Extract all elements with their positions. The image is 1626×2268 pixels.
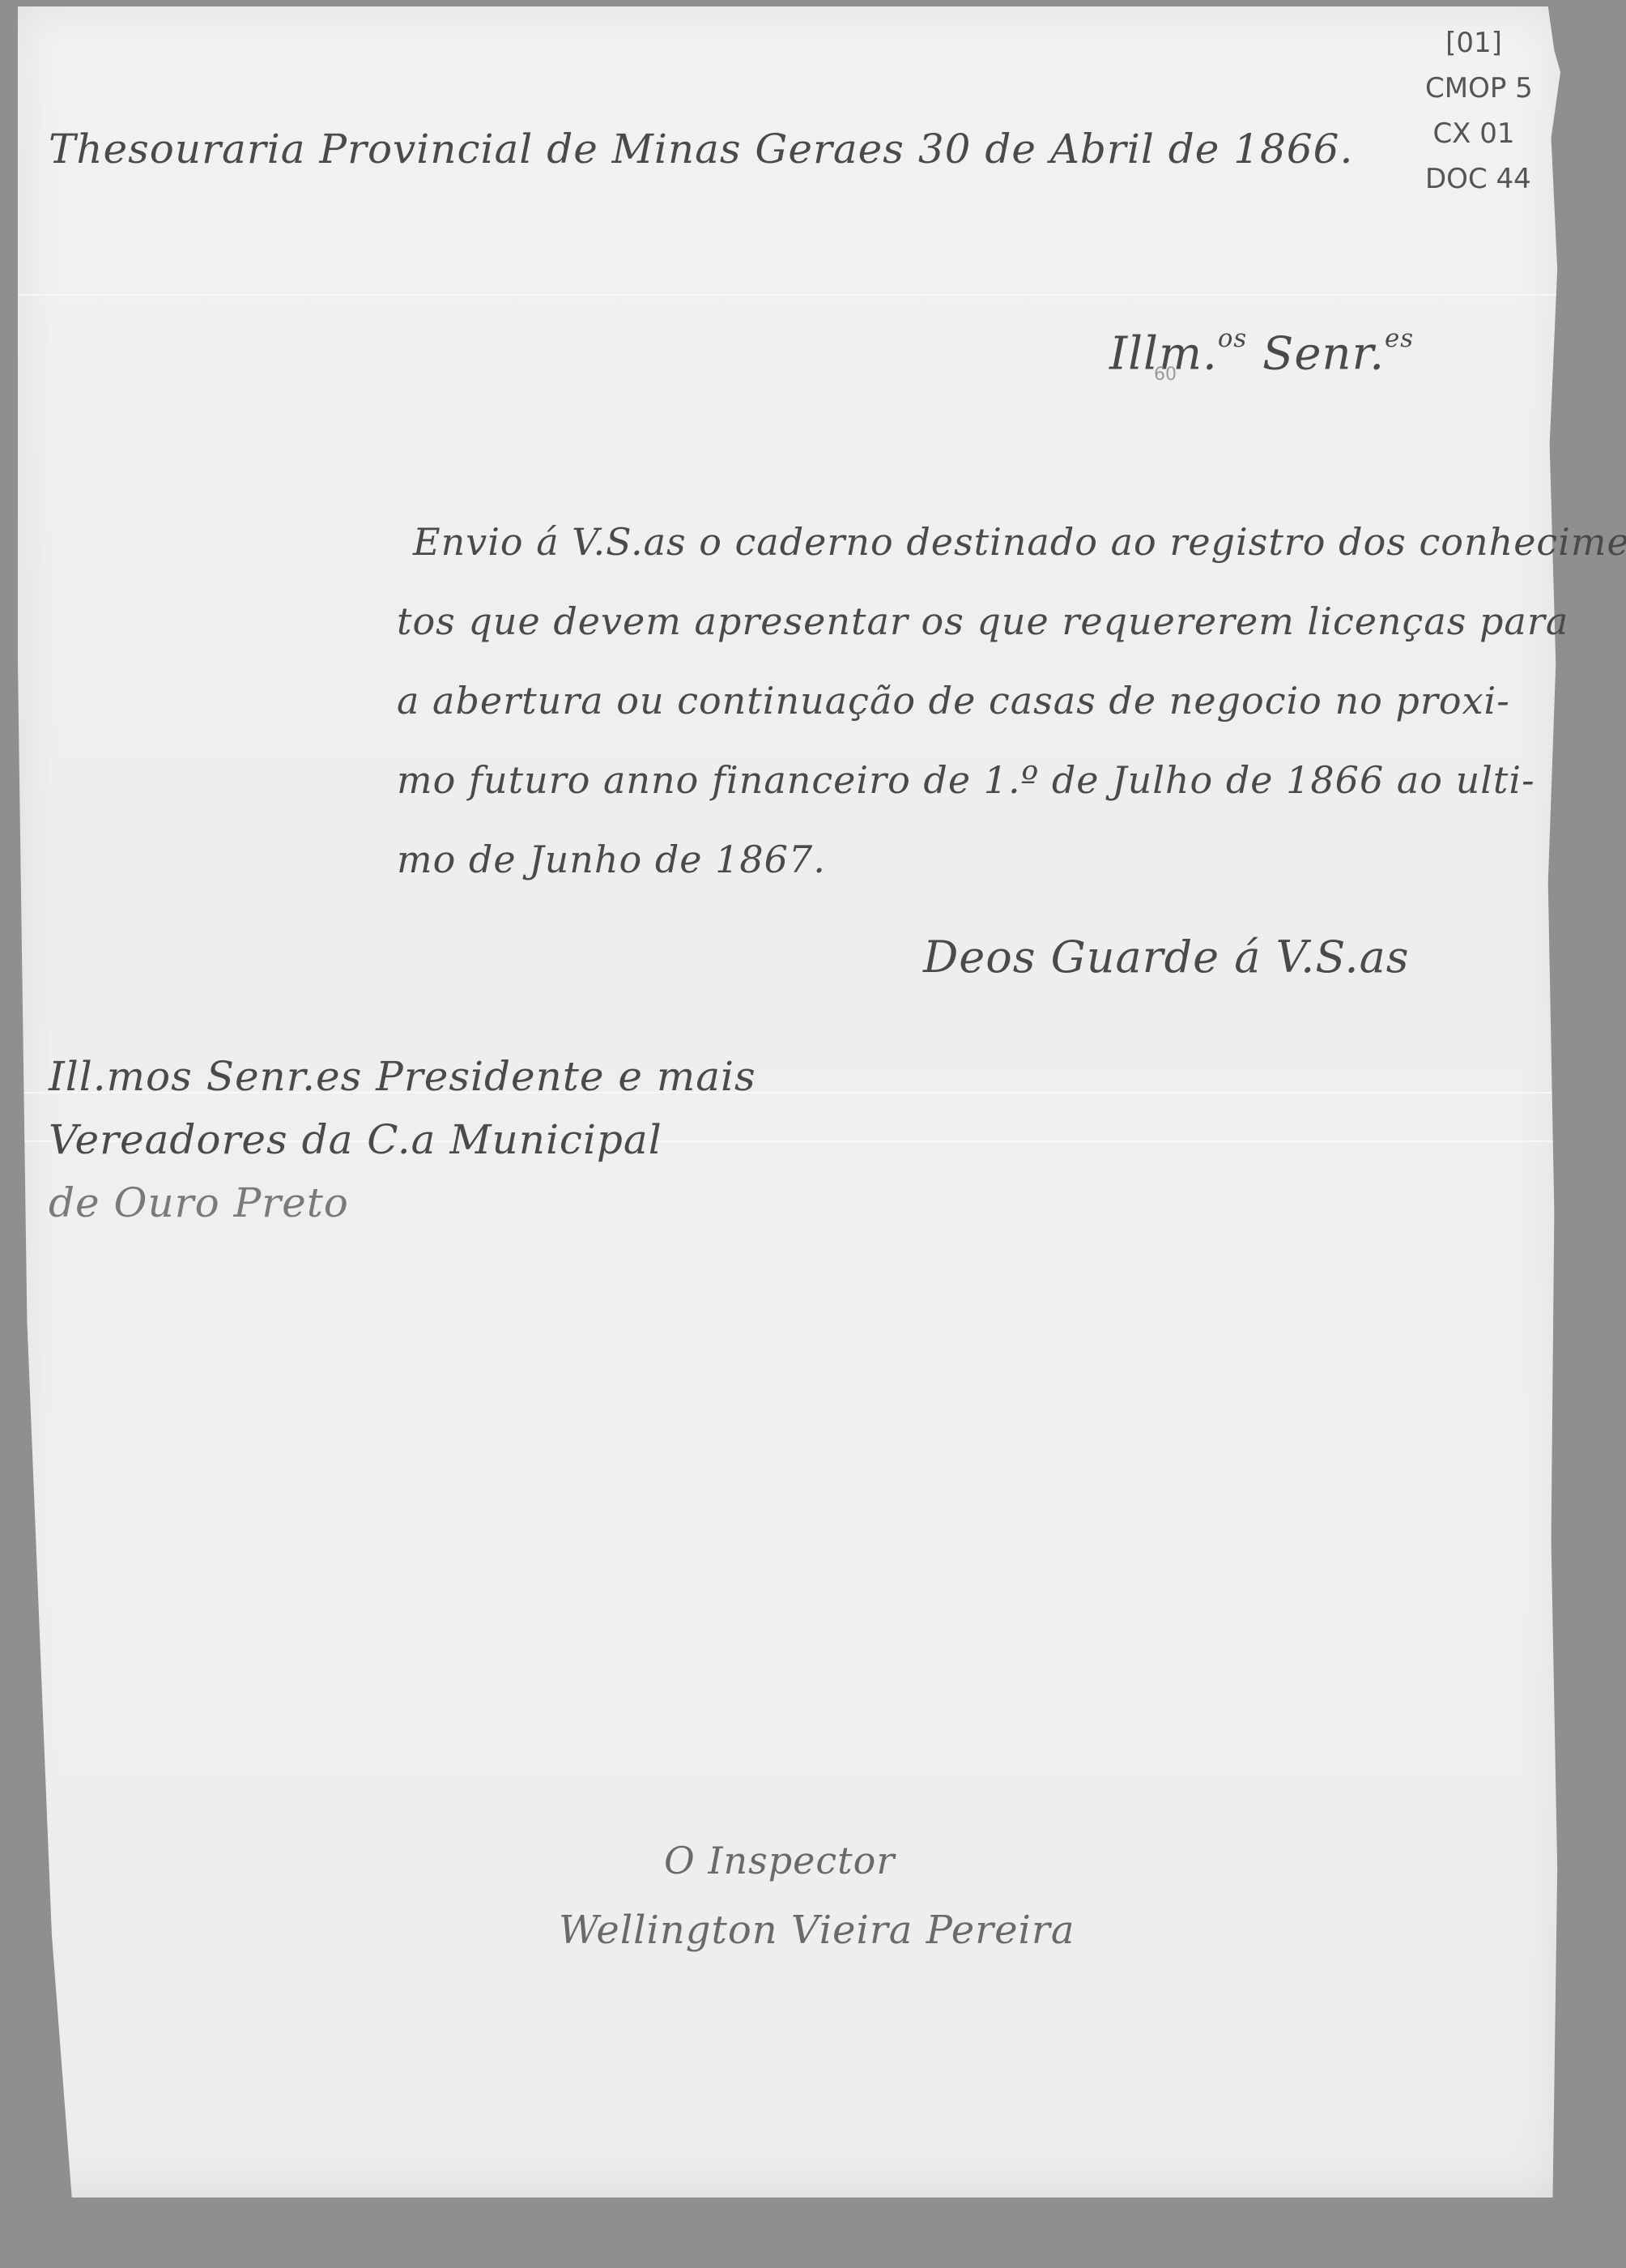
- signature-title: O Inspector: [664, 1839, 895, 1882]
- archive-reference-label: [01] CMOP 5 CX 01 DOC 44: [1425, 20, 1522, 202]
- salutation-superscript-2: es: [1385, 324, 1414, 353]
- body-line: mo futuro anno financeiro de 1.º de Julh…: [397, 740, 1626, 820]
- letter-body: Envio á V.S.as o caderno destinado ao re…: [413, 502, 1626, 899]
- addressee-block: Ill.mos Senr.es Presidente e mais Veread…: [49, 1045, 756, 1234]
- closing-formula: Deos Guarde á V.S.as: [923, 932, 1409, 983]
- body-line: tos que devem apresentar os que requerer…: [397, 582, 1626, 661]
- folio-mark: 60: [1154, 364, 1177, 385]
- document-scan: [01] CMOP 5 CX 01 DOC 44 Thesouraria Pro…: [0, 0, 1626, 2268]
- archive-label-line: [01]: [1425, 20, 1522, 66]
- salutation-superscript: os: [1218, 324, 1247, 353]
- place-and-date-header: Thesouraria Provincial de Minas Geraes 3…: [49, 126, 1353, 173]
- body-line: mo de Junho de 1867.: [397, 820, 1626, 899]
- salutation-main-2: Senr.: [1247, 328, 1385, 381]
- addressee-line: Vereadores da C.a Municipal: [49, 1108, 756, 1171]
- addressee-line: de Ouro Preto: [49, 1171, 756, 1234]
- archive-label-line: CMOP 5: [1425, 66, 1522, 111]
- body-line: a abertura ou continuação de casas de ne…: [397, 661, 1626, 740]
- archive-label-line: CX 01: [1425, 111, 1522, 156]
- fold-line: [18, 294, 1560, 296]
- signature-name: Wellington Vieira Pereira: [559, 1908, 1075, 1953]
- archive-label-line: DOC 44: [1425, 156, 1522, 202]
- addressee-line: Ill.mos Senr.es Presidente e mais: [49, 1045, 756, 1108]
- body-line: Envio á V.S.as o caderno destinado ao re…: [413, 502, 1626, 582]
